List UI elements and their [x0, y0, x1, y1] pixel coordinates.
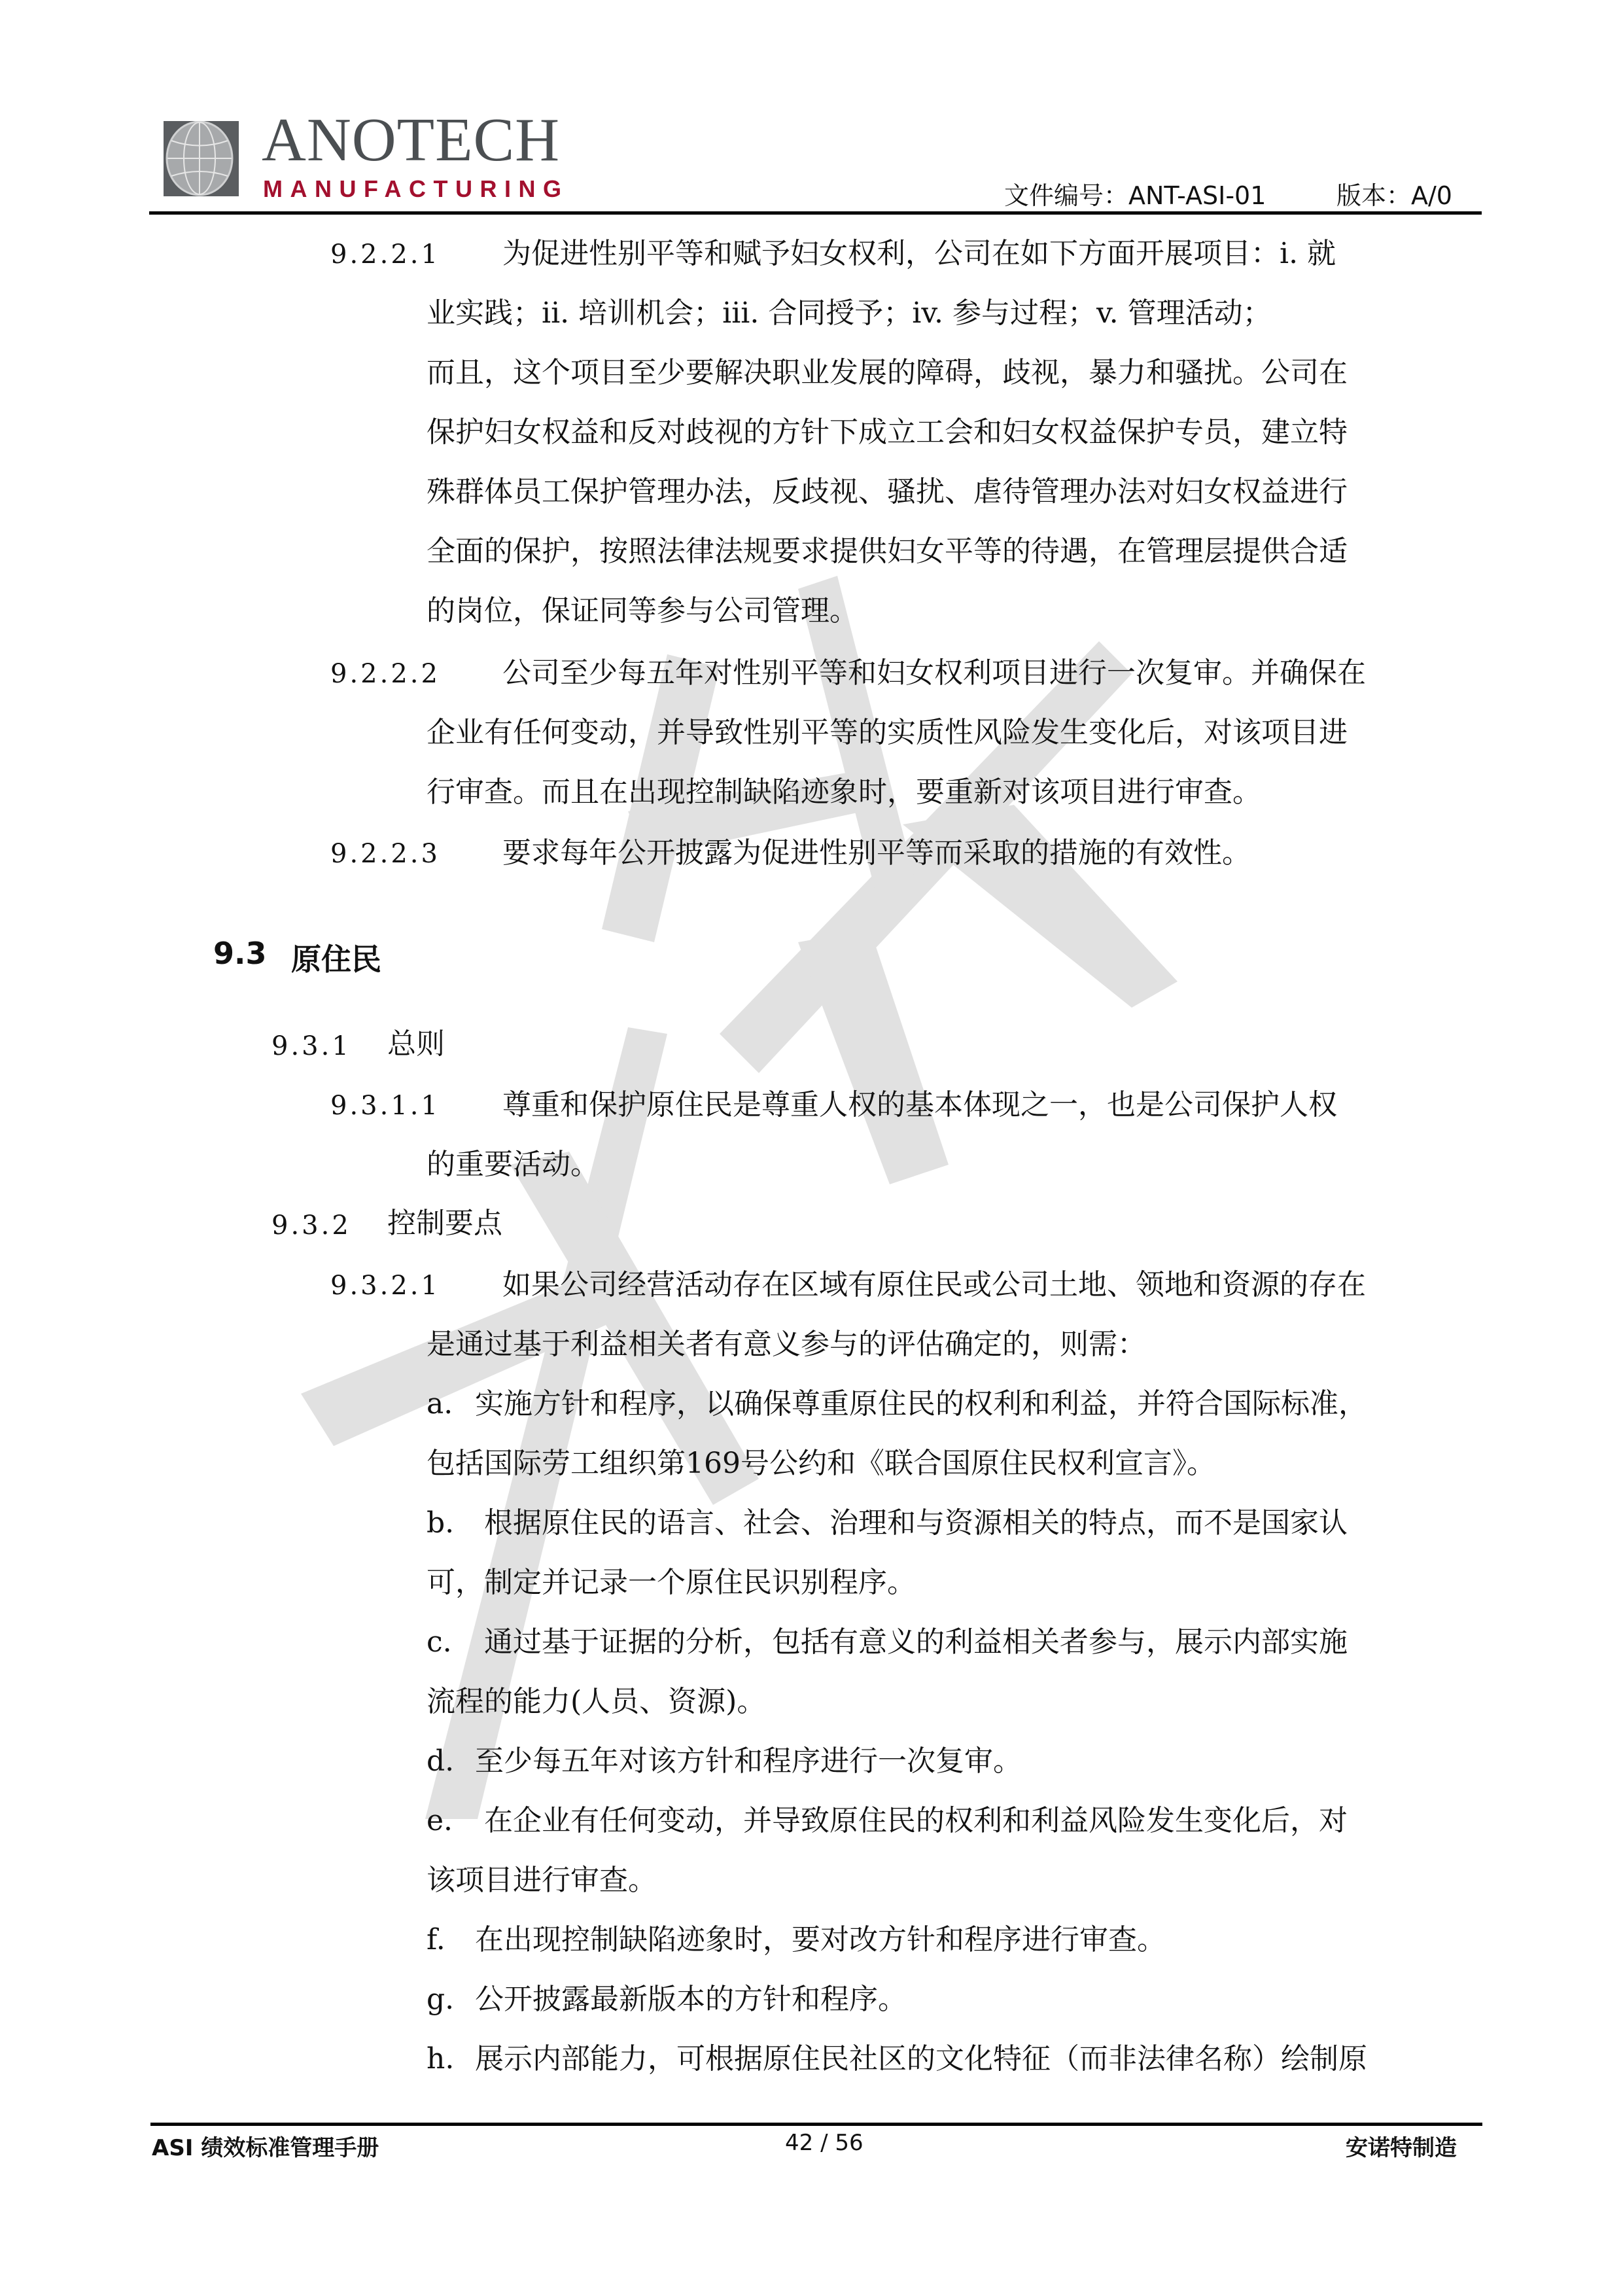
subsection-number: 9.3.2 — [271, 1210, 351, 1241]
list-label: e. — [427, 1807, 453, 1835]
subsection-title: 控制要点 — [387, 1209, 502, 1238]
list-label: g. — [427, 1985, 454, 2014]
paragraph-line: 的重要活动。 — [427, 1150, 599, 1179]
list-label: f. — [427, 1926, 445, 1954]
document-version: 版本：A/0 — [1336, 175, 1452, 211]
paragraph-line: 可，制定并记录一个原住民识别程序。 — [427, 1568, 916, 1597]
section-heading-title: 原住民 — [291, 936, 381, 979]
paragraph-line: 根据原住民的语言、社会、治理和与资源相关的特点，而不是国家认 — [484, 1509, 1348, 1538]
clause-number: 9.3.2.1 — [330, 1271, 440, 1301]
document-number: 文件编号：ANT-ASI-01 — [1004, 175, 1266, 211]
globe-icon — [164, 121, 239, 196]
paragraph-line: 而且，这个项目至少要解决职业发展的障碍，歧视，暴力和骚扰。公司在 — [427, 359, 1348, 387]
paragraph-line: 行审查。而且在出现控制缺陷迹象时，要重新对该项目进行审查。 — [427, 778, 1261, 807]
subsection-title: 总则 — [387, 1030, 445, 1059]
logo-subtitle: MANUFACTURING — [263, 177, 568, 201]
paragraph-line: 要求每年公开披露为促进性别平等而采取的措施的有效性。 — [502, 839, 1251, 868]
paragraph-line: 展示内部能力，可根据原住民社区的文化特征（而非法律名称）绘制原 — [475, 2045, 1367, 2074]
paragraph-line: 公司至少每五年对性别平等和妇女权利项目进行一次复审。并确保在 — [502, 659, 1366, 688]
section-heading-number: 9.3 — [213, 936, 267, 971]
clause-number: 9.2.2.2 — [330, 659, 440, 689]
logo-wordmark: ANOTECH — [262, 109, 560, 171]
paragraph-line: 的岗位，保证同等参与公司管理。 — [427, 597, 858, 626]
paragraph-line: 业实践；ii. 培训机会；iii. 合同授予；iv. 参与过程；v. 管理活动； — [427, 299, 1272, 328]
paragraph-line: 企业有任何变动，并导致性别平等的实质性风险发生变化后，对该项目进 — [427, 718, 1348, 747]
clause-number: 9.3.1.1 — [330, 1091, 440, 1121]
list-label: b. — [427, 1509, 454, 1538]
paragraph-line: 通过基于证据的分析，包括有意义的利益相关者参与，展示内部实施 — [484, 1628, 1348, 1657]
footer-company-name: 安诺特制造 — [1346, 2130, 1457, 2162]
paragraph-line: 如果公司经营活动存在区域有原住民或公司土地、领地和资源的存在 — [502, 1271, 1366, 1299]
paragraph-line: 在出现控制缺陷迹象时，要对改方针和程序进行审查。 — [475, 1926, 1166, 1954]
list-label: d. — [427, 1747, 454, 1776]
paragraph-line: 流程的能力(人员、资源)。 — [427, 1687, 765, 1716]
clause-number: 9.2.2.1 — [330, 239, 440, 270]
list-label: c. — [427, 1628, 452, 1657]
paragraph-line: 是通过基于利益相关者有意义参与的评估确定的，则需： — [427, 1330, 1146, 1359]
paragraph-line: 殊群体员工保护管理办法，反歧视、骚扰、虐待管理办法对妇女权益进行 — [427, 478, 1348, 506]
paragraph-line: 至少每五年对该方针和程序进行一次复审。 — [475, 1747, 1022, 1776]
paragraph-line: 全面的保护，按照法律法规要求提供妇女平等的待遇，在管理层提供合适 — [427, 537, 1348, 566]
paragraph-line: 实施方针和程序，以确保尊重原住民的权利和利益，并符合国际标准， — [475, 1390, 1367, 1419]
paragraph-line: 保护妇女权益和反对歧视的方针下成立工会和妇女权益保护专员，建立特 — [427, 418, 1348, 447]
paragraph-line: 该项目进行审查。 — [427, 1866, 657, 1895]
paragraph-line: 为促进性别平等和赋予妇女权利，公司在如下方面开展项目：i. 就 — [502, 239, 1336, 268]
paragraph-line: 包括国际劳工组织第169号公约和《联合国原住民权利宣言》。 — [427, 1449, 1215, 1478]
paragraph-line: 公开披露最新版本的方针和程序。 — [475, 1985, 907, 2014]
footer-manual-title: ASI 绩效标准管理手册 — [152, 2130, 379, 2162]
paragraph-line: 在企业有任何变动，并导致原住民的权利和利益风险发生变化后，对 — [484, 1807, 1348, 1835]
list-label: a. — [427, 1390, 453, 1419]
subsection-number: 9.3.1 — [271, 1031, 351, 1061]
footer-rule — [150, 2123, 1482, 2126]
clause-number: 9.2.2.3 — [330, 839, 440, 869]
page-number: 42 / 56 — [785, 2130, 864, 2156]
list-label: h. — [427, 2045, 454, 2074]
header-rule — [149, 211, 1482, 215]
paragraph-line: 尊重和保护原住民是尊重人权的基本体现之一，也是公司保护人权 — [502, 1091, 1337, 1120]
company-logo: ANOTECH MANUFACTURING — [164, 115, 569, 203]
